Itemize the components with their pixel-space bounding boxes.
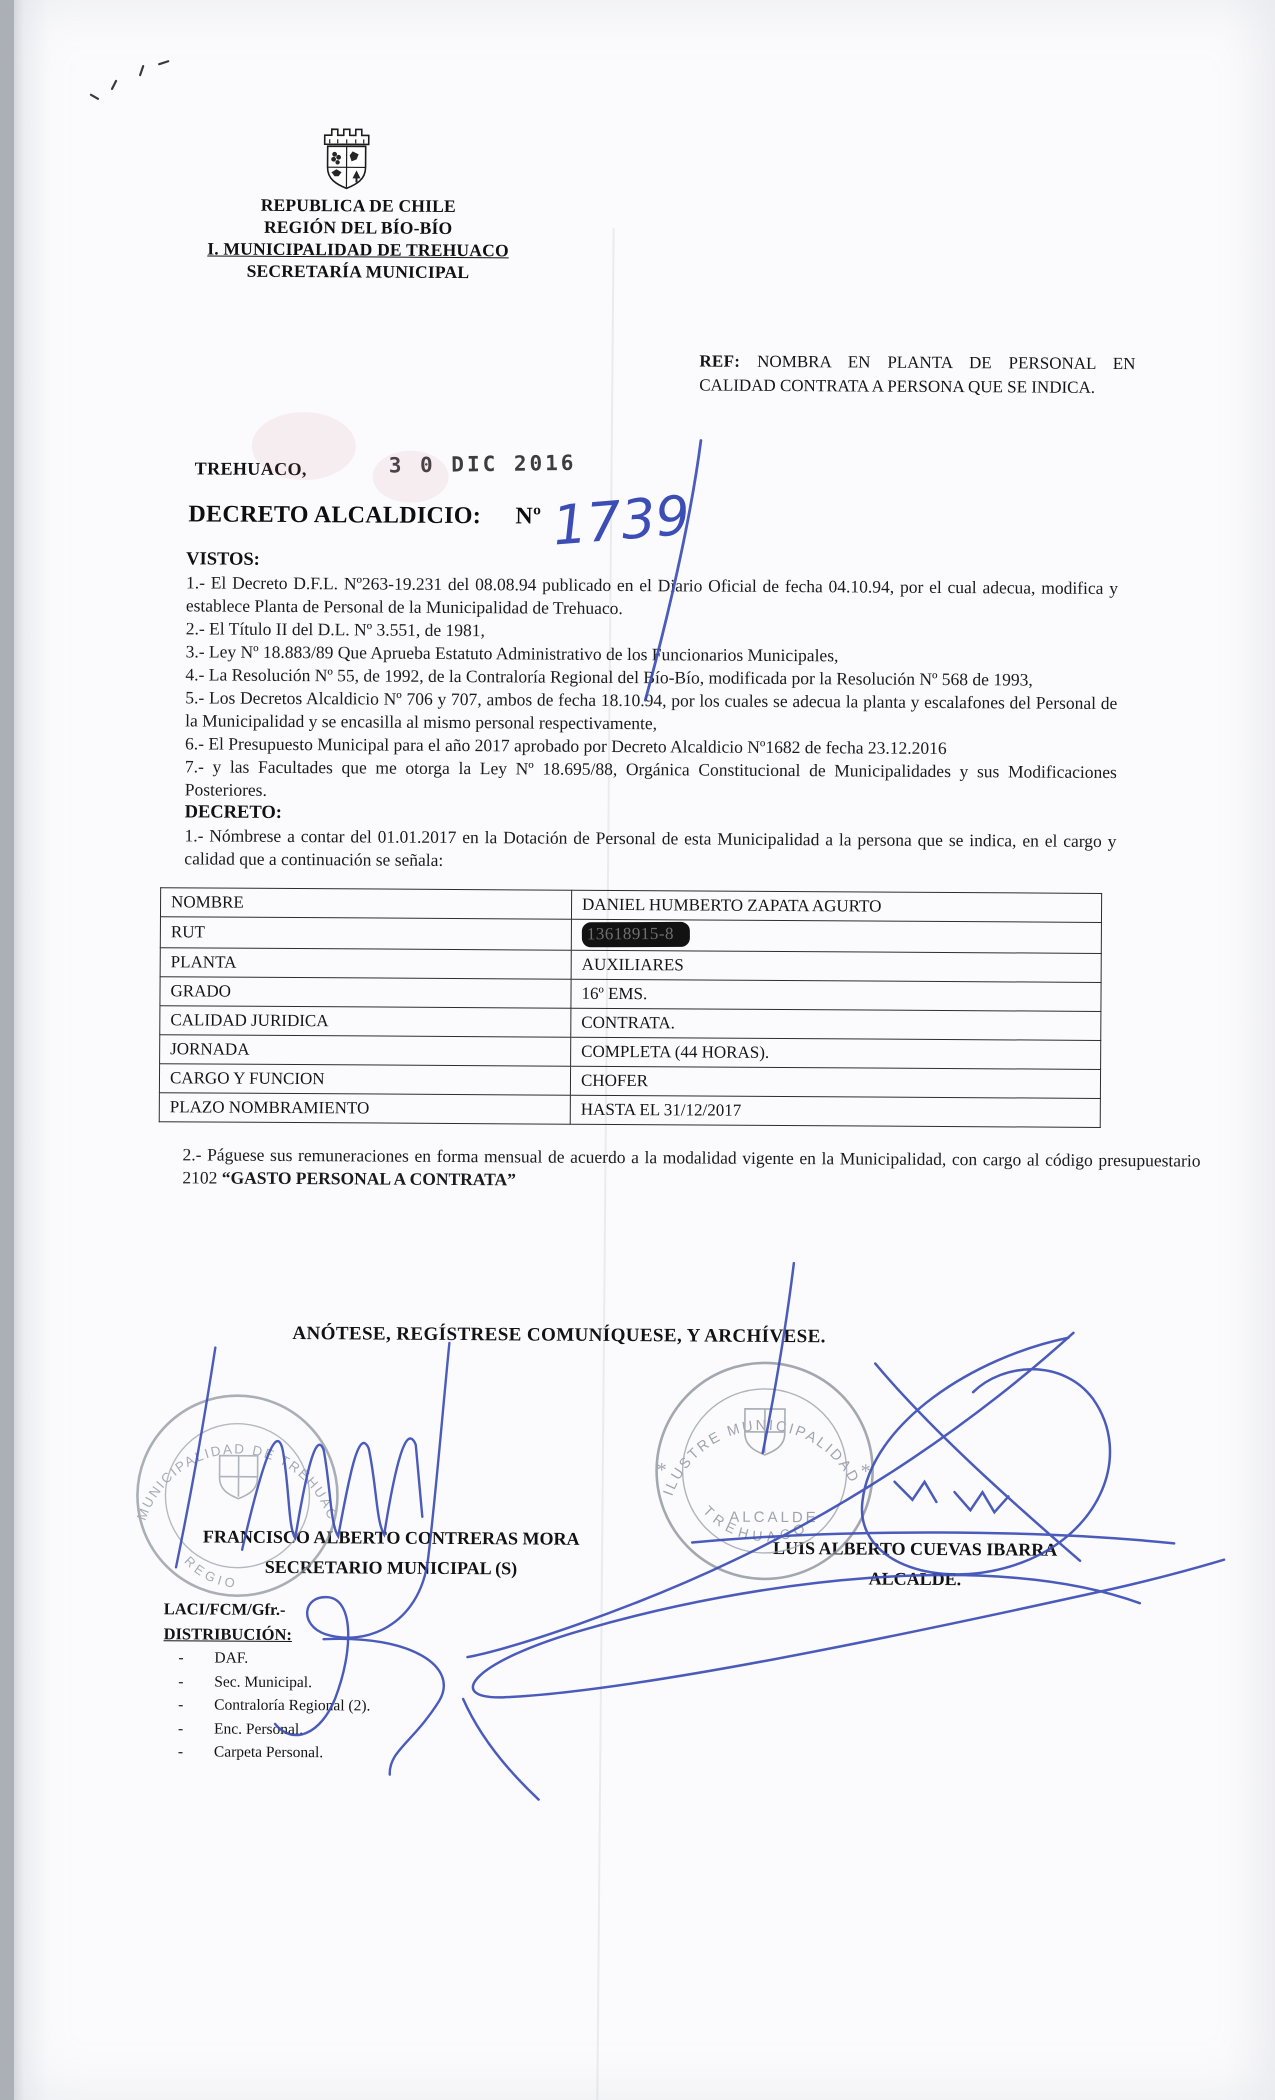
footer-initials: LACI/FCM/Gfr.- xyxy=(164,1599,584,1622)
ref-block: REF: NOMBRA EN PLANTA DE PERSONAL EN CAL… xyxy=(699,349,1135,399)
mayor-name: LUIS ALBERTO CUEVAS IBARRA xyxy=(734,1533,1096,1565)
document-body: VISTOS: 1.- El Decreto D.F.L. Nº263-19.2… xyxy=(182,548,1118,1195)
table-value: 13618915-8 xyxy=(571,919,1101,953)
footer-block: LACI/FCM/Gfr.- DISTRIBUCIÓN: - DAF. - Se… xyxy=(163,1599,584,1764)
distribution-item: - Contraloría Regional (2). xyxy=(163,1696,583,1717)
letterhead: REPUBLICA DE CHILE REGIÓN DEL BÍO-BÍO I.… xyxy=(150,193,567,284)
distribution-item: - Carpeta Personal. xyxy=(163,1743,583,1764)
distribution-item: - DAF. xyxy=(163,1649,583,1670)
table-label: PLAZO NOMBRAMIENTO xyxy=(159,1093,570,1125)
decree-title-label: DECRETO ALCALDICIO: xyxy=(188,501,481,529)
svg-text:ILUSTRE MUNICIPALIDAD: ILUSTRE MUNICIPALIDAD xyxy=(661,1417,863,1499)
secretary-name: FRANCISCO ALBERTO CONTRERAS MORA xyxy=(160,1521,622,1554)
dash-bullet: - xyxy=(163,1696,214,1715)
letterhead-office: SECRETARÍA MUNICIPAL xyxy=(150,259,566,284)
mayor-title: ALCALDE. xyxy=(734,1563,1096,1595)
table-value: CONTRATA. xyxy=(571,1008,1101,1040)
table-value: CHOFER xyxy=(570,1066,1100,1098)
document-page: REPUBLICA DE CHILE REGIÓN DEL BÍO-BÍO I.… xyxy=(0,0,1275,2100)
date-stamp: 3 0 DIC 2016 xyxy=(389,451,577,478)
rut-value: 13618915-8 xyxy=(587,924,674,943)
dash-bullet: - xyxy=(163,1720,214,1739)
table-value: 16º EMS. xyxy=(571,979,1101,1011)
ref-text: NOMBRA EN PLANTA DE PERSONAL EN CALIDAD … xyxy=(699,352,1135,397)
dash-bullet: - xyxy=(163,1673,214,1692)
table-label: CALIDAD JURIDICA xyxy=(160,1006,571,1038)
decree-number-prefix: Nº xyxy=(515,503,541,529)
rut-redaction-bar: 13618915-8 xyxy=(582,922,690,947)
decree-title: DECRETO ALCALDICIO: Nº xyxy=(188,501,541,530)
secretary-title: SECRETARIO MUNICIPAL (S) xyxy=(160,1551,622,1584)
distribution-heading: DISTRIBUCIÓN: xyxy=(164,1624,584,1647)
vistos-item: 5.- Los Decretos Alcaldicio Nº 706 y 707… xyxy=(185,686,1117,738)
svg-text:1739: 1739 xyxy=(550,484,692,558)
distribution-item: - Enc. Personal. xyxy=(163,1720,583,1741)
stamp-star-left: * xyxy=(657,1459,667,1481)
decree-paragraph-1: 1.- Nómbrese a contar del 01.01.2017 en … xyxy=(184,824,1116,876)
appointment-table: NOMBRE DANIEL HUMBERTO ZAPATA AGURTO RUT… xyxy=(159,887,1102,1128)
letterhead-country: REPUBLICA DE CHILE xyxy=(150,193,566,218)
table-label: JORNADA xyxy=(160,1035,571,1067)
svg-text:ALCALDE: ALCALDE xyxy=(729,1509,818,1527)
table-value: COMPLETA (44 HORAS). xyxy=(571,1037,1101,1069)
vistos-item: 1.- El Decreto D.F.L. Nº263-19.231 del 0… xyxy=(186,571,1118,623)
closing-line: ANÓTESE, REGÍSTRESE COMUNÍQUESE, Y ARCHÍ… xyxy=(292,1323,826,1348)
ref-label: REF: xyxy=(699,351,740,370)
place-name: TREHUACO, xyxy=(195,458,307,480)
table-label: PLANTA xyxy=(160,948,571,980)
budget-code-label: “GASTO PERSONAL A CONTRATA” xyxy=(222,1168,516,1190)
dash-bullet: - xyxy=(163,1649,214,1668)
table-value: AUXILIARES xyxy=(571,950,1101,982)
table-value: HASTA EL 31/12/2017 xyxy=(570,1095,1100,1127)
table-row: PLAZO NOMBRAMIENTO HASTA EL 31/12/2017 xyxy=(159,1093,1100,1128)
stamp-star-right: * xyxy=(861,1460,871,1482)
decree-paragraph-2: 2.- Páguese sus remuneraciones en forma … xyxy=(182,1143,1200,1195)
ink-speckles xyxy=(91,61,168,99)
letterhead-region: REGIÓN DEL BÍO-BÍO xyxy=(150,215,566,240)
table-label: RUT xyxy=(160,917,571,951)
table-label: NOMBRE xyxy=(160,888,571,920)
mayor-signature-block: LUIS ALBERTO CUEVAS IBARRA ALCALDE. xyxy=(734,1533,1096,1595)
table-label: GRADO xyxy=(160,977,571,1009)
vistos-item: 7.- y las Facultades que me otorga la Le… xyxy=(185,755,1117,807)
secretary-signature-block: FRANCISCO ALBERTO CONTRERAS MORA SECRETA… xyxy=(160,1521,622,1584)
letterhead-municipality: I. MUNICIPALIDAD DE TREHUACO xyxy=(150,237,566,262)
table-label: CARGO Y FUNCION xyxy=(159,1064,570,1096)
dash-bullet: - xyxy=(163,1743,214,1762)
coat-of-arms-icon xyxy=(319,122,373,192)
distribution-item: - Sec. Municipal. xyxy=(163,1673,583,1694)
table-value: DANIEL HUMBERTO ZAPATA AGURTO xyxy=(571,890,1101,922)
